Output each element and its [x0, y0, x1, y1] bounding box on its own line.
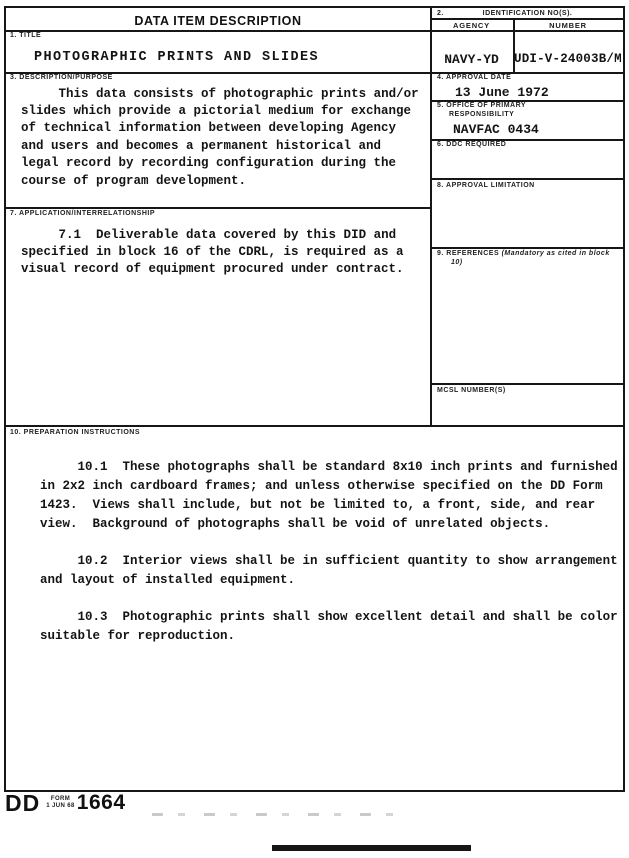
description-text: This data consists of photographic print… — [21, 86, 430, 190]
preparation-paragraph-1: 10.1 These photographs shall be standard… — [40, 458, 623, 534]
dd-designator: DD — [5, 792, 40, 814]
line-under-id-label — [430, 18, 623, 20]
application-label: 7. APPLICATION/INTERRELATIONSHIP — [10, 210, 430, 219]
redaction-bar — [272, 845, 471, 851]
identification-block-label: 2. IDENTIFICATION NO(S). — [432, 10, 623, 17]
application-block: 7. APPLICATION/INTERRELATIONSHIP 7.1 Del… — [6, 207, 430, 425]
faded-caption-marks — [152, 813, 407, 816]
preparation-block: 10. PREPARATION INSTRUCTIONS 10.1 These … — [6, 425, 623, 790]
approval-date-label: 4. APPROVAL DATE — [437, 74, 623, 83]
form-date: 1 JUN 68 — [46, 803, 75, 810]
description-block: 3. DESCRIPTION/PURPOSE This data consist… — [6, 72, 430, 207]
opr-label: 5. OFFICE OF PRIMARY RESPONSIBILITY — [437, 102, 561, 119]
approval-limitation-label: 8. APPROVAL LIMITATION — [437, 182, 623, 191]
form-edition: FORM 1 JUN 68 — [46, 796, 75, 809]
agency-value: NAVY-YD — [430, 52, 513, 67]
mcsl-block: MCSL NUMBER(S) — [432, 383, 623, 425]
preparation-paragraph-3: 10.3 Photographic prints shall show exce… — [40, 608, 623, 646]
number-header: NUMBER — [513, 21, 623, 30]
opr-block: 5. OFFICE OF PRIMARY RESPONSIBILITY NAVF… — [432, 100, 623, 139]
form-title: DATA ITEM DESCRIPTION — [6, 14, 430, 28]
block-number: 2. — [437, 10, 444, 17]
number-value: UDI-V-24003B/M — [514, 52, 623, 66]
form-footer: DD FORM 1 JUN 68 1664 — [5, 792, 126, 818]
agency-header: AGENCY — [430, 21, 513, 30]
form-number: 1664 — [77, 792, 126, 814]
references-block: 9. REFERENCES (Mandatory as cited in blo… — [432, 247, 623, 383]
approval-limitation-block: 8. APPROVAL LIMITATION — [432, 178, 623, 247]
title-block: 1. TITLE PHOTOGRAPHIC PRINTS AND SLIDES — [6, 30, 430, 72]
approval-date-value: 13 June 1972 — [455, 85, 623, 100]
scanned-form-page: DATA ITEM DESCRIPTION 2. IDENTIFICATION … — [0, 0, 629, 858]
mcsl-label: MCSL NUMBER(S) — [437, 387, 623, 396]
approval-date-block: 4. APPROVAL DATE 13 June 1972 — [432, 72, 623, 100]
ddc-label: 6. DDC REQUIRED — [437, 141, 623, 150]
preparation-paragraph-2: 10.2 Interior views shall be in sufficie… — [40, 552, 623, 590]
application-text: 7.1 Deliverable data covered by this DID… — [21, 227, 430, 279]
form-border: DATA ITEM DESCRIPTION 2. IDENTIFICATION … — [4, 6, 625, 792]
preparation-label: 10. PREPARATION INSTRUCTIONS — [10, 429, 623, 438]
references-label: 9. REFERENCES (Mandatory as cited in blo… — [437, 250, 619, 267]
ddc-block: 6. DDC REQUIRED — [432, 139, 623, 178]
description-label: 3. DESCRIPTION/PURPOSE — [10, 74, 430, 83]
opr-value: NAVFAC 0434 — [453, 122, 623, 137]
title-value: PHOTOGRAPHIC PRINTS AND SLIDES — [34, 50, 430, 65]
title-label: 1. TITLE — [10, 32, 430, 41]
